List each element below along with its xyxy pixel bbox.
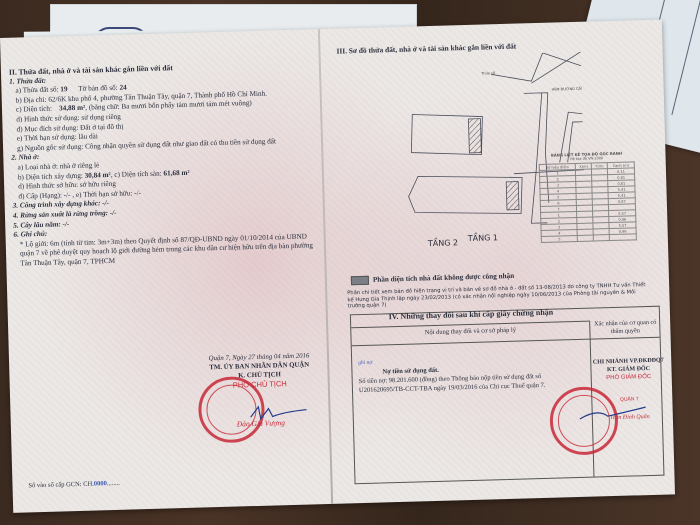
land-area-value: 34,88 m² xyxy=(59,104,85,113)
construction-area-value: 30,84 m² xyxy=(85,170,111,179)
legend-label: Phần diện tích nhà đất không được công n… xyxy=(373,272,514,284)
section-land-house-info: II. Thửa đất, nhà ở và tài sản khác gắn … xyxy=(9,59,320,269)
land-use-certificate: II. Thửa đất, nhà ở và tài sản khác gắn … xyxy=(0,20,675,513)
table-cell xyxy=(594,235,610,241)
table-cell xyxy=(609,234,636,241)
map-sheet-value: 24 xyxy=(119,84,126,92)
serial-label: Số vào sổ cấp GCN: CH. xyxy=(28,481,94,490)
neighbor-label: Thửa số xyxy=(480,71,496,75)
map-sheet-label: Tờ bản đồ số: xyxy=(78,84,118,93)
authority-col-header: Xác nhận của cơ quan có thẩm quyền xyxy=(591,319,659,337)
change-entry: ghi nợ Nợ tiền sử dụng đất. Số tiền nợ: … xyxy=(358,353,589,395)
section-diagram-changes: III. Sơ đồ thửa đất, nhà ở và tài sản kh… xyxy=(330,20,668,504)
signature-icon xyxy=(577,403,648,425)
parcel-label: a) Thửa đất số: xyxy=(15,86,58,95)
land-area-label: c) Diện tích: xyxy=(16,105,52,114)
floor2-label: TẦNG 2 xyxy=(427,235,459,248)
parcel-value: 19 xyxy=(60,85,67,93)
divider xyxy=(352,337,660,347)
divider xyxy=(671,0,700,115)
coordinate-table: BẢNG LIỆT KÊ TỌA ĐỘ GÓC RANH Hệ tọa độ V… xyxy=(538,150,636,243)
floor-area-value: 61,68 m² xyxy=(163,168,189,177)
signature-icon xyxy=(248,402,309,424)
table-row: 5 xyxy=(541,234,636,243)
floor-area-label: , c) Diện tích sàn: xyxy=(111,169,162,178)
legend-note: Phần chi tiết xem bản đồ hiện trạng vị t… xyxy=(347,282,647,310)
changes-table: IV. Những thay đổi sau khi cấp giấy chứn… xyxy=(350,306,665,485)
certificate-serial: Số vào sổ cấp GCN: CH.0000........ xyxy=(28,480,120,490)
construction-area-label: b) Diện tích xây dựng: xyxy=(18,171,83,181)
page-fold xyxy=(318,29,333,504)
floor1-label: TẦNG 1 xyxy=(467,230,499,243)
table-cell xyxy=(577,235,593,241)
authority-stamp-title: PHÓ GIÁM ĐỐC xyxy=(593,373,665,383)
coordinate-grid: Số hiệu điểmX(m)Y(m)Cạnh (m) 16,1120,813… xyxy=(539,161,637,243)
serial-value: 0000 xyxy=(94,480,107,487)
road-label: HẺM ĐƯỜNG CẦN MẪ xyxy=(552,86,587,92)
legend: Phần diện tích nhà đất không được công n… xyxy=(351,272,515,286)
table-cell: 5 xyxy=(541,235,577,242)
hatch-swatch-icon xyxy=(351,276,369,285)
